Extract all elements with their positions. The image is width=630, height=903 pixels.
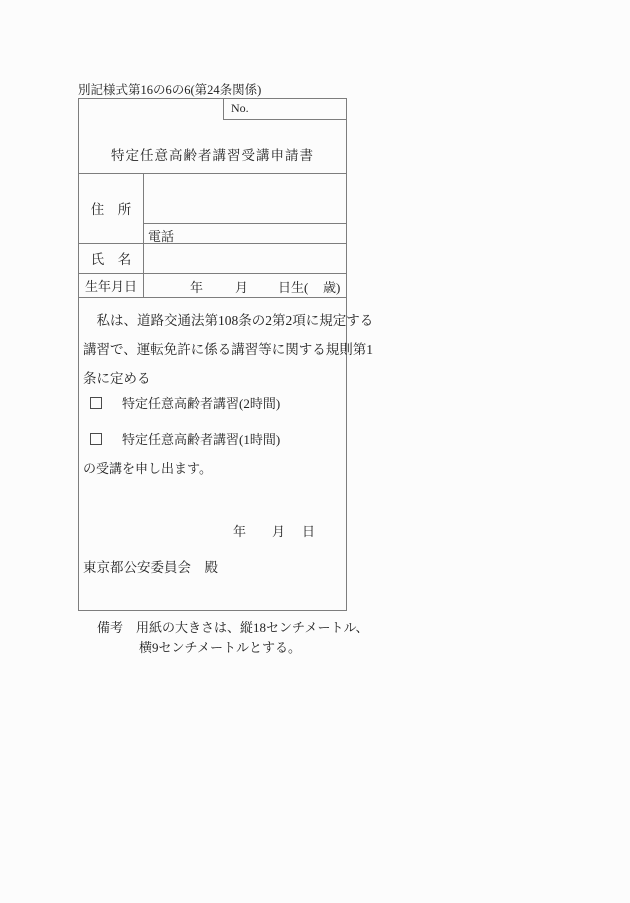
birth-month-label: 月 [235,277,248,296]
form-number-caption: 別記様式第16の6の6(第24条関係) [78,80,261,98]
option-1hour-label: 特定任意高齢者講習(1時間) [122,429,280,448]
address-label: 住 所 [79,173,144,243]
phone-label: 電話 [148,229,174,244]
form-title: 特定任意高齢者講習受講申請書 [79,144,346,164]
declaration-line-1: 私は、道路交通法第108条の2第2項に規定する [83,306,344,335]
closing-statement: の受講を申し出ます。 [83,458,212,477]
declaration-paragraph: 私は、道路交通法第108条の2第2項に規定する 講習で、運転免許に係る講習等に関… [83,306,344,393]
phone-field[interactable]: 電話 [143,223,346,243]
birth-day-label: 日生( [278,277,308,296]
address-section: 住 所 電話 [79,173,346,244]
birthdate-label: 生年月日 [79,273,144,297]
address-field[interactable] [143,173,346,223]
birthdate-section: 生年月日 年 月 日生( 歳) [79,273,346,298]
addressee: 東京都公安委員会 殿 [83,556,218,576]
remarks-line-2: 横9センチメートルとする。 [139,637,301,656]
option-row-1hour: 特定任意高齢者講習(1時間) [90,429,280,448]
name-label: 氏 名 [79,243,144,273]
remarks-line-1: 備考 用紙の大きさは、縦18センチメートル、 [97,617,368,636]
date-day-label: 日 [302,521,315,540]
document-page: 別記様式第16の6の6(第24条関係) No. 特定任意高齢者講習受講申請書 住… [0,0,630,903]
name-section: 氏 名 [79,243,346,274]
birth-age-label: 歳) [323,277,340,296]
checkbox-2hour-icon[interactable] [90,397,102,409]
title-section: 特定任意高齢者講習受講申請書 [79,99,346,174]
declaration-line-2: 講習で、運転免許に係る講習等に関する規則第1 [83,335,344,364]
name-field[interactable] [143,243,346,273]
option-2hour-label: 特定任意高齢者講習(2時間) [122,393,280,412]
application-form-table: No. 特定任意高齢者講習受講申請書 住 所 電話 氏 名 生年月日 年 月 日… [78,98,347,611]
date-year-label: 年 [233,521,246,540]
declaration-line-3: 条に定める [83,364,344,393]
option-row-2hour: 特定任意高齢者講習(2時間) [90,393,280,412]
date-month-label: 月 [272,521,285,540]
birth-year-label: 年 [190,277,203,296]
checkbox-1hour-icon[interactable] [90,433,102,445]
birthdate-field[interactable]: 年 月 日生( 歳) [143,273,346,297]
declaration-section: 私は、道路交通法第108条の2第2項に規定する 講習で、運転免許に係る講習等に関… [79,297,346,610]
